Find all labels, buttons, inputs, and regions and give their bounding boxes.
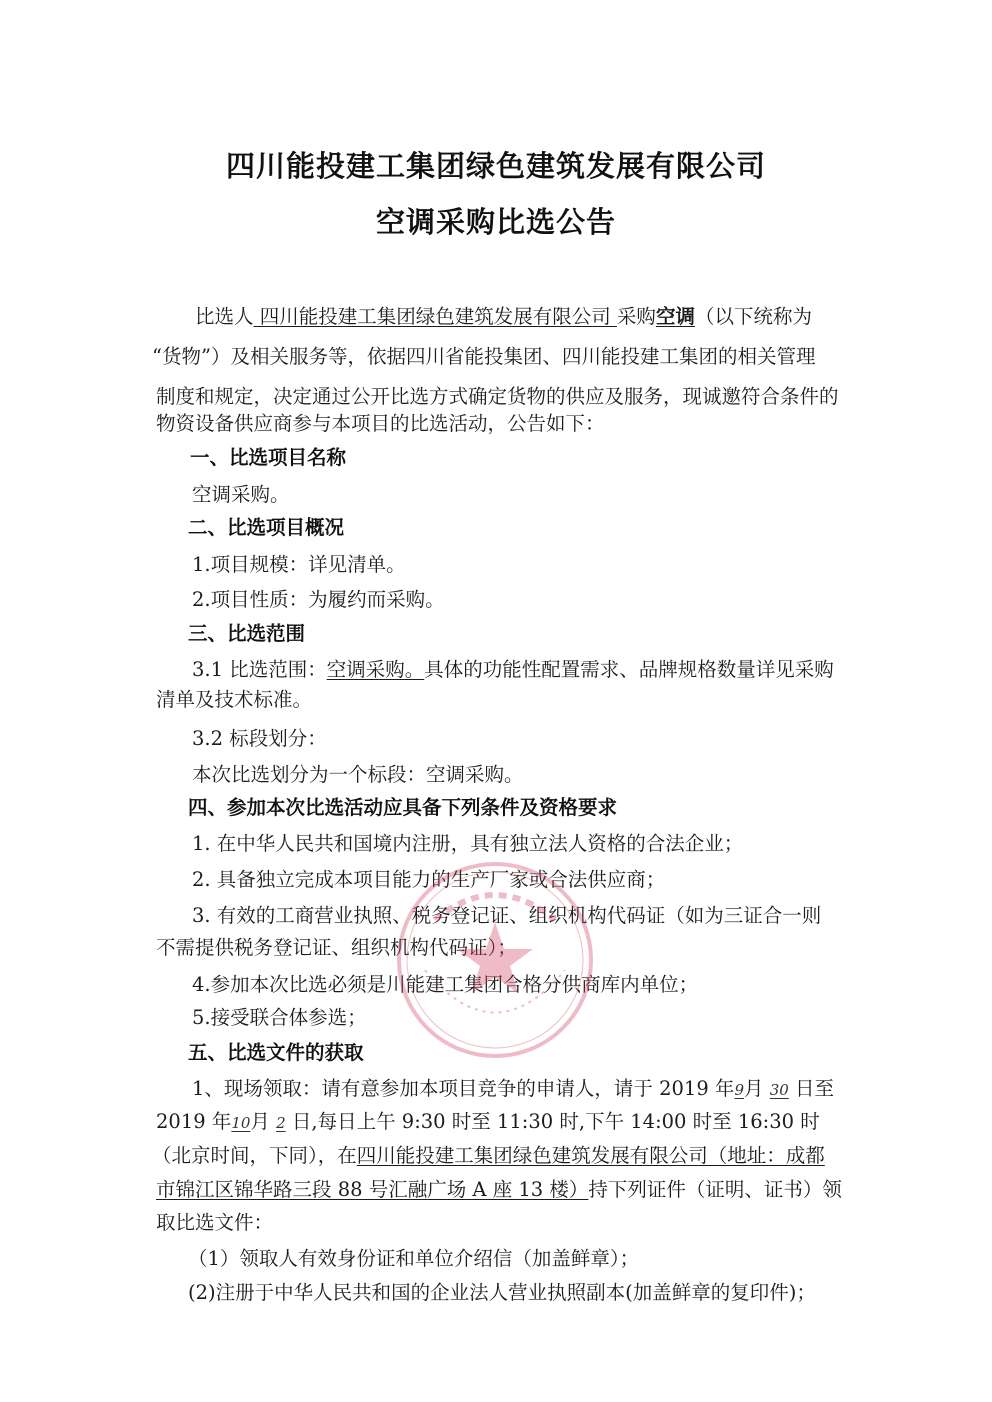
intro-line-2: “货物”）及相关服务等，依据四川省能投集团、四川能投建工集团的相关管理 [152, 345, 842, 369]
section3-lot-label: 3.2 标段划分： [192, 727, 882, 751]
p1-line1-prefix: 1、现场领取：请有意参加本项目竞争的申请人，请于 2019 年 [192, 1077, 734, 1100]
month-char-2: 月 [250, 1110, 270, 1133]
section3-scope-line-2: 清单及技术标准。 [156, 688, 846, 712]
p1-line1-suffix: 日至 [795, 1077, 834, 1100]
section5-doc-1: （1）领取人有效身份证和单位介绍信（加盖鲜章）； [188, 1247, 878, 1271]
document-title-company: 四川能投建工集团绿色建筑发展有限公司 [0, 144, 992, 185]
handwritten-end-month: 10 [231, 1114, 250, 1132]
venue-address-underlined: 市锦江区锦华路三段 88 号汇融广场 A 座 13 楼） [156, 1178, 588, 1201]
section5-p1-line-2: 2019 年10月 2 日,每日上午 9:30 时至 11:30 时,下午 14… [156, 1110, 846, 1135]
month-char: 月 [744, 1077, 764, 1100]
handwritten-end-day: 2 [276, 1114, 286, 1132]
section5-doc-2: (2)注册于中华人民共和国的企业法人营业执照副本(加盖鲜章的复印件)； [188, 1281, 878, 1305]
section3-heading: 三、比选范围 [188, 622, 878, 646]
section5-p1-line-3: （北京时间，下同），在四川能投建工集团绿色建筑发展有限公司（地址：成都 [152, 1144, 842, 1168]
document-page: 四川能投建工集团绿色建筑发展有限公司 空调采购比选公告 比选人 四川能投建工集团… [0, 0, 992, 1402]
section4-item-3: 3. 有效的工商营业执照、税务登记证、组织机构代码证（如为三证合一则 [192, 904, 882, 928]
p1-line2-prefix: 2019 年 [156, 1110, 231, 1133]
section4-item-2: 2. 具备独立完成本项目能力的生产厂家或合法供应商； [192, 868, 882, 892]
section5-p1-line-4: 市锦江区锦华路三段 88 号汇融广场 A 座 13 楼）持下列证件（证明、证书）… [156, 1178, 846, 1202]
scope-underlined: 空调采购。 [327, 658, 425, 681]
intro-mid: 采购 [617, 305, 656, 328]
intro-line-1: 比选人 四川能投建工集团绿色建筑发展有限公司 采购空调（以下统称为 [195, 305, 846, 329]
scope-suffix: 具体的功能性配置需求、品牌规格数量详见采购 [424, 658, 834, 681]
section4-item-1: 1. 在中华人民共和国境内注册，具有独立法人资格的合法企业； [192, 832, 882, 856]
intro-line-4: 物资设备供应商参与本项目的比选活动，公告如下： [156, 412, 846, 436]
section5-p1-line-1: 1、现场领取：请有意参加本项目竞争的申请人，请于 2019 年9月 30 日至 [192, 1077, 882, 1102]
section4-item-3-cont: 不需提供税务登记证、组织机构代码证）； [156, 936, 846, 960]
handwritten-start-month: 9 [734, 1081, 744, 1099]
intro-item: 空调 [656, 305, 695, 328]
p1-line3-prefix: （北京时间，下同），在 [152, 1144, 357, 1167]
intro-company: 四川能投建工集团绿色建筑发展有限公司 [254, 305, 617, 328]
intro-line-3: 制度和规定，决定通过公开比选方式确定货物的供应及服务，现诚邀符合条件的 [156, 385, 846, 409]
section5-p1-line-5: 取比选文件： [156, 1211, 846, 1235]
handwritten-start-day: 30 [770, 1081, 789, 1099]
section2-item-2: 2.项目性质：为履约而采购。 [192, 588, 882, 612]
document-title-notice: 空调采购比选公告 [0, 200, 992, 241]
section5-heading: 五、比选文件的获取 [188, 1041, 878, 1065]
scope-prefix: 3.1 比选范围： [192, 658, 327, 681]
intro-suffix: （以下统称为 [695, 305, 812, 328]
section2-item-1: 1.项目规模：详见清单。 [192, 553, 882, 577]
p1-line4-suffix: 持下列证件（证明、证书）领 [588, 1178, 842, 1201]
venue-company-underlined: 四川能投建工集团绿色建筑发展有限公司（地址：成都 [357, 1144, 825, 1167]
section4-heading: 四、参加本次比选活动应具备下列条件及资格要求 [188, 796, 878, 820]
section4-item-5: 5.接受联合体参选； [192, 1006, 882, 1030]
section1-body: 空调采购。 [192, 483, 882, 507]
section4-item-4: 4.参加本次比选必须是川能建工集团合格分供商库内单位； [192, 973, 882, 997]
section1-heading: 一、比选项目名称 [190, 446, 880, 470]
p1-line2-suffix: 日,每日上午 9:30 时至 11:30 时,下午 14:00 时至 16:30… [292, 1110, 820, 1133]
section2-heading: 二、比选项目概况 [188, 516, 878, 540]
section3-lot-body: 本次比选划分为一个标段：空调采购。 [192, 763, 882, 787]
section3-scope-line-1: 3.1 比选范围：空调采购。具体的功能性配置需求、品牌规格数量详见采购 [192, 658, 882, 682]
intro-prefix: 比选人 [195, 305, 254, 328]
